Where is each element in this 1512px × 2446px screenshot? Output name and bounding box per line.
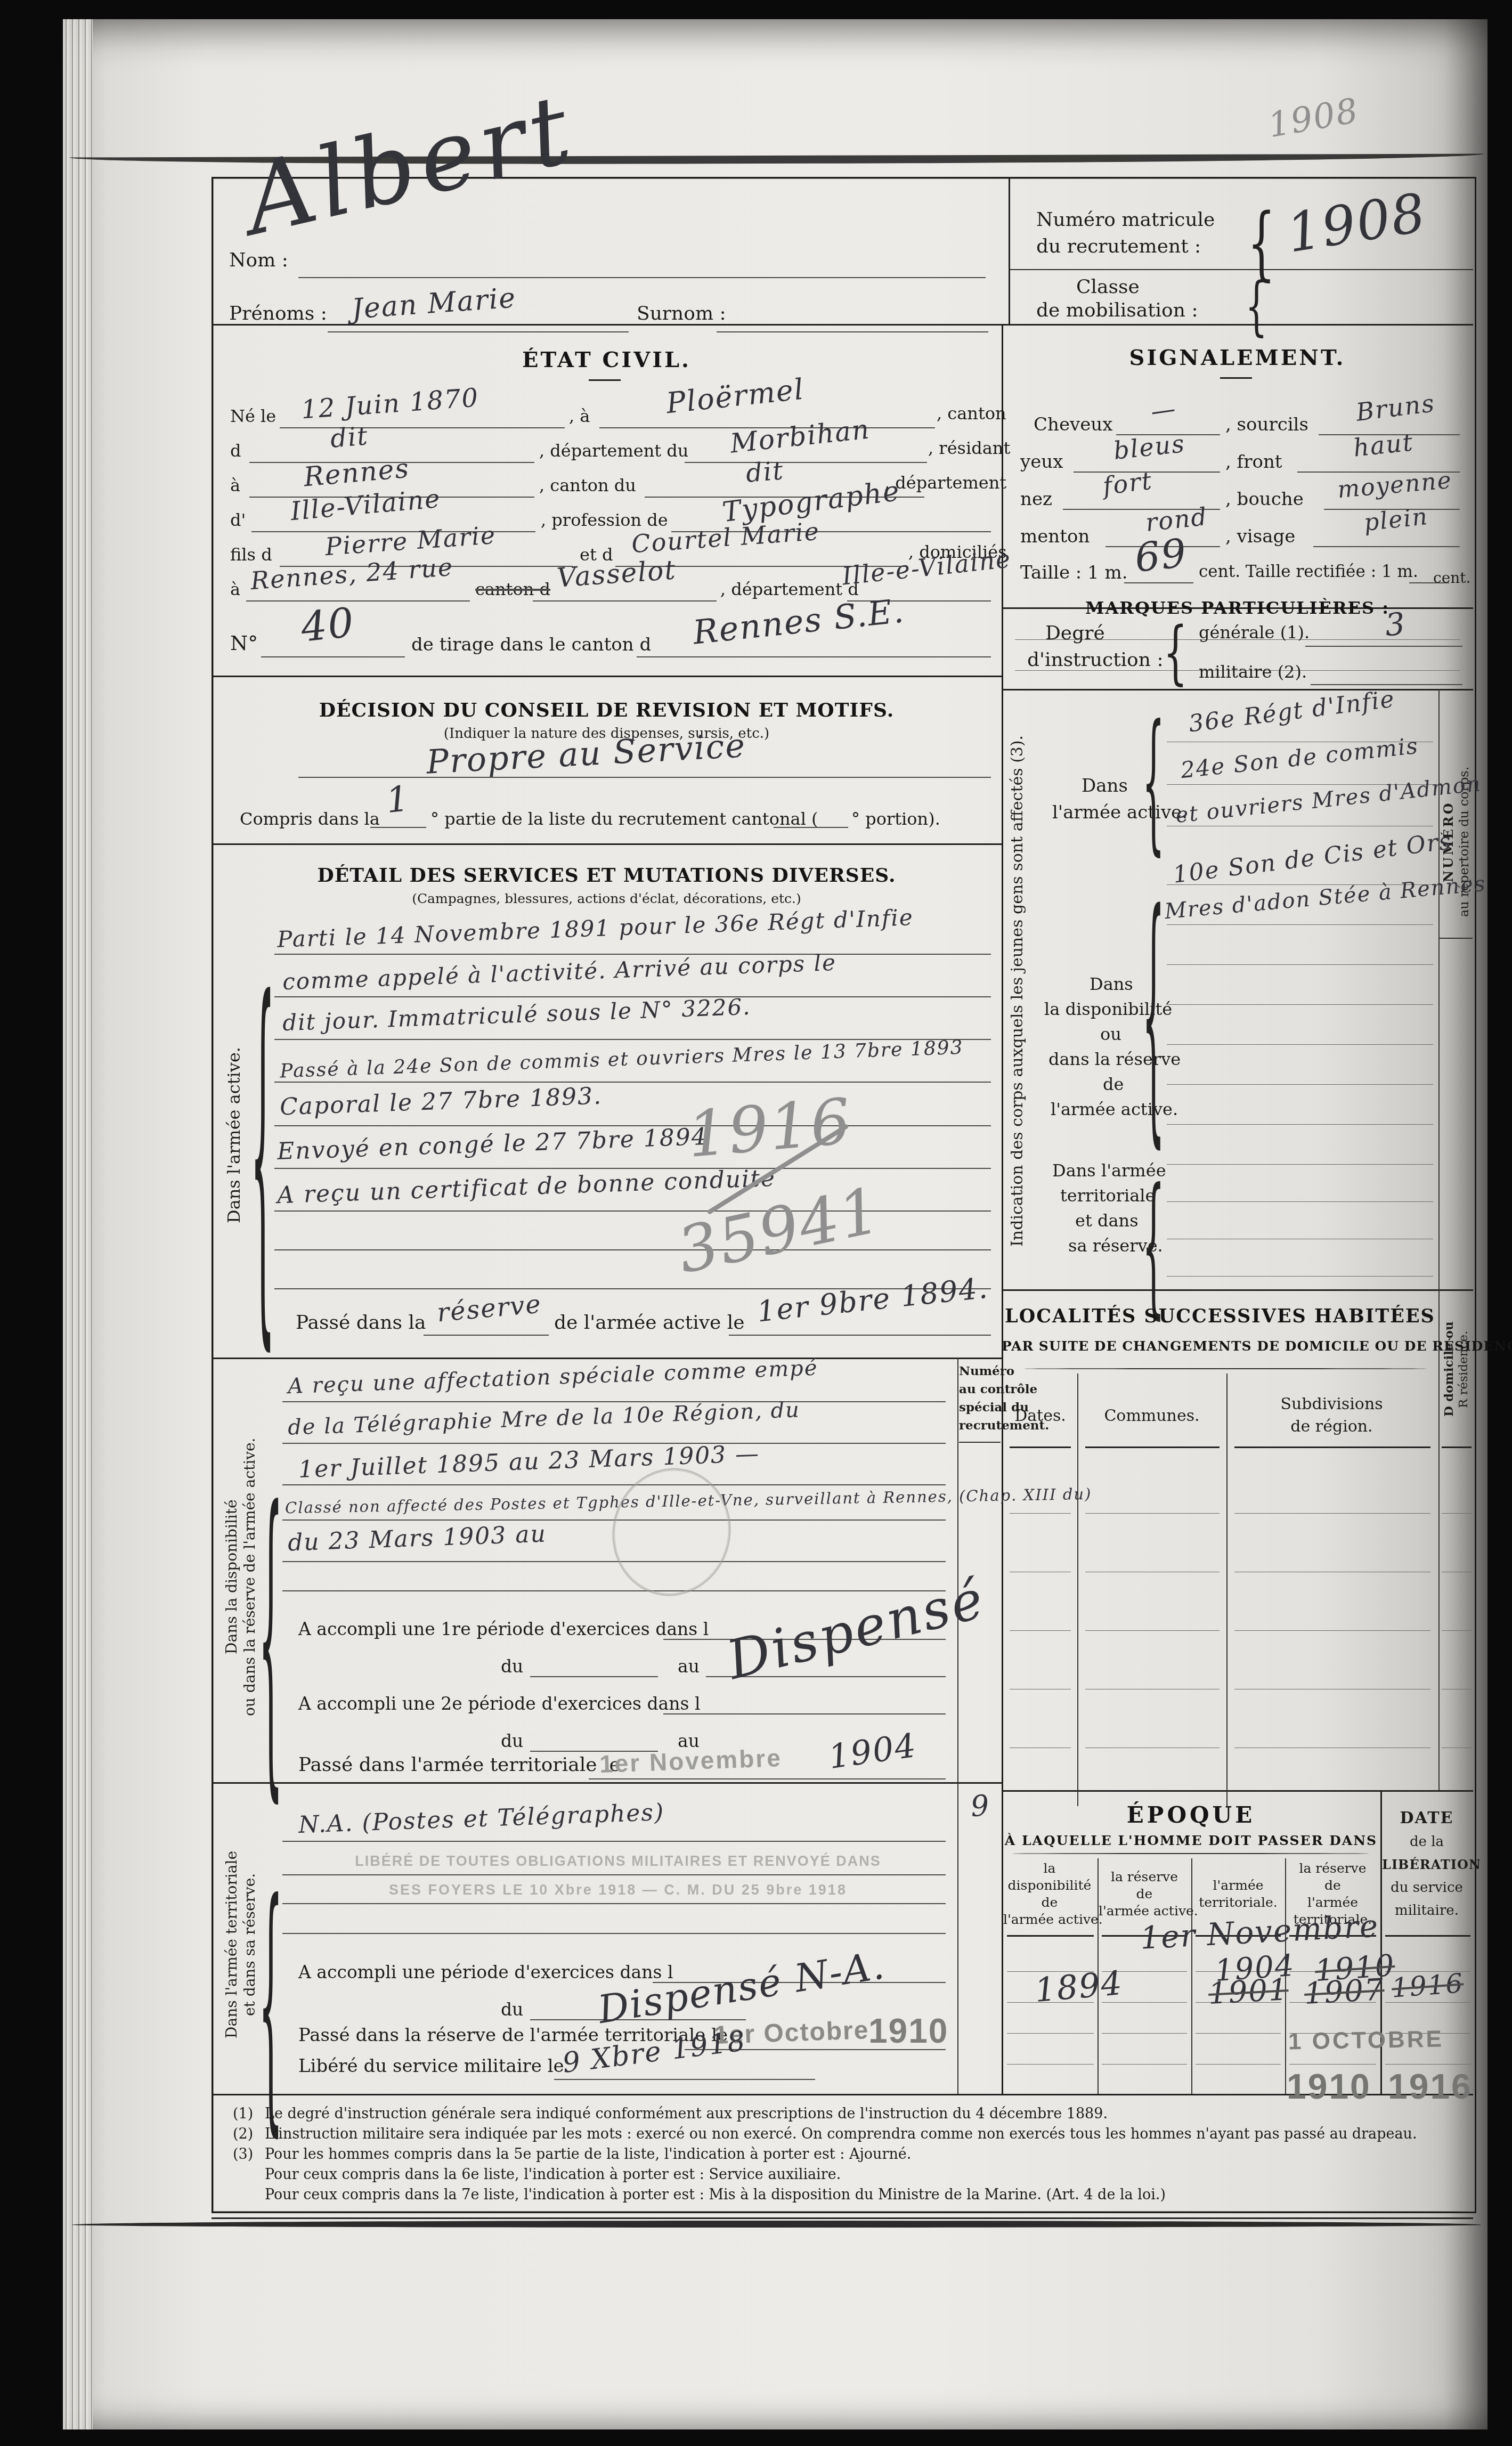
blank-line [282, 1561, 946, 1562]
dispo-label5: de [1103, 1074, 1124, 1094]
front-label: , front [1225, 451, 1282, 473]
epoque-1901-struck: 1901 [1207, 1972, 1289, 2011]
decision-title: DÉCISION DU CONSEIL DE REVISION ET MOTIF… [212, 699, 1002, 721]
blank-line [274, 1249, 991, 1250]
etat-civil-title: ÉTAT CIVIL. [212, 347, 1002, 372]
blank-line [1167, 826, 1433, 826]
epoque-1916-struck: 1916 [1391, 1968, 1465, 2003]
canton-ditto2-value: dit [745, 456, 785, 489]
taille-label: Taille : 1 m. [1020, 562, 1128, 583]
blank-line [282, 1903, 946, 1904]
armee-active-brace: { [1142, 692, 1165, 869]
fils-de-label: fils d [230, 545, 272, 565]
row-line [1085, 1748, 1220, 1748]
row-line [1385, 2064, 1470, 2065]
armee-active-label2: l'armée active. [1052, 802, 1188, 823]
canton-du-label: , canton du [539, 475, 636, 495]
blank-line [1167, 964, 1433, 965]
cheveux-label: Cheveux [1034, 414, 1112, 435]
row-line [1234, 1513, 1430, 1514]
row-line [1010, 1748, 1071, 1748]
localites-side-label2: R résidence. [1457, 1308, 1470, 1431]
footnote-text: Pour ceux compris dans la 6e liste, l'in… [265, 2166, 841, 2183]
header-rule [1085, 1447, 1220, 1448]
epoque-col2: l'armée active. [1099, 1903, 1190, 1919]
epoque-col3: l'armée [1192, 1878, 1284, 1893]
controle-header2: au contrôle [959, 1382, 1008, 1396]
header-rule [1007, 1935, 1094, 1937]
row-line [1234, 1689, 1430, 1689]
dispo-section-brace: { [258, 1445, 283, 1831]
pencil-number-top: 1916 [685, 1084, 855, 1172]
epoque-col1: disponibilité [1003, 1878, 1096, 1893]
col-subdiv-header: Subdivisions [1226, 1395, 1437, 1413]
blank-line [1167, 1124, 1433, 1125]
divider [1440, 938, 1473, 939]
row-line [1085, 1689, 1220, 1689]
epoque-1907-struck: 1907 [1303, 1972, 1385, 2011]
blank-line [274, 1210, 991, 1212]
divider [212, 1358, 1002, 1359]
matricule-label: Numéro matricule [1036, 209, 1215, 231]
row-line [1010, 1513, 1071, 1514]
row-line [1442, 1630, 1472, 1631]
blank-line [1167, 1276, 1433, 1277]
departement2-label: , département [884, 473, 1006, 493]
localites-col-divider [1077, 1374, 1078, 1806]
title-dash [589, 379, 621, 381]
degre-label2: d'instruction : [1027, 649, 1164, 671]
prenoms-label: Prénoms : [229, 303, 327, 324]
corps-side-label: Indication des corps auxquels les jeunes… [1008, 703, 1027, 1279]
row-line [1234, 1572, 1430, 1572]
a-label: à [230, 475, 240, 495]
divider [1002, 689, 1473, 690]
scanned-military-register-page: { "scan": {"corner_year": "1908"}, "head… [0, 0, 1512, 2446]
blank-line [1167, 1164, 1433, 1165]
divider [959, 1442, 1001, 1443]
profession-label: , profession de [541, 510, 668, 530]
taille-rectifiee-label: cent. Taille rectifiée : 1 m. [1199, 562, 1418, 581]
footnote-marker: (1) [233, 2106, 253, 2122]
divider [1009, 269, 1473, 270]
header-rule [1442, 1447, 1472, 1448]
footnote-text: Pour ceux compris dans la 7e liste, l'in… [265, 2187, 1166, 2203]
footnote-marker: (3) [233, 2146, 253, 2163]
header-rule [1234, 1447, 1430, 1448]
divider [1002, 1289, 1473, 1291]
epoque-date-col: LIBÉRATION [1382, 1857, 1472, 1872]
epoque-col1: l'armée active. [1003, 1912, 1096, 1927]
dispo-brace: { [1142, 857, 1165, 1171]
controle-header3: spécial du [959, 1400, 1008, 1415]
epoque-date-col: de la [1382, 1834, 1472, 1850]
row-line [1234, 1748, 1430, 1748]
row-line [1102, 2064, 1187, 2065]
blank-line [246, 600, 470, 602]
departement-label: , département du [539, 441, 688, 461]
visage-label: , visage [1225, 526, 1295, 547]
epoque-date-col: militaire. [1382, 1903, 1472, 1919]
terr-label3: et dans [1075, 1210, 1139, 1231]
periode-terr-label: A accompli une période d'exercices dans … [298, 1962, 673, 1982]
blank-line [280, 427, 565, 428]
footnote-marker: (2) [233, 2126, 253, 2142]
header-rule [1385, 1935, 1470, 1937]
footnote-text: Pour les hommes compris dans la 5e parti… [265, 2146, 911, 2163]
blank-line [282, 1401, 946, 1402]
localites-subtitle: PAR SUITE DE CHANGEMENTS DE DOMICILE OU … [1002, 1338, 1438, 1354]
epoque-title: ÉPOQUE [1002, 1802, 1380, 1828]
passe-reserve-terr-year: 1910 [868, 2011, 948, 2051]
row-line [1102, 2033, 1187, 2034]
blank-line [298, 777, 991, 778]
row-line [1442, 1689, 1472, 1689]
surnom-label: Surnom : [637, 303, 726, 324]
du-label: du [501, 1999, 523, 2020]
epoque-1916-stamp: 1916 [1388, 2066, 1473, 2107]
dispo-label1: Dans [1090, 974, 1133, 994]
epoque-october-stamp: 1 OCTOBRE [1288, 2026, 1444, 2055]
page-curl-shadow-bottom [72, 2221, 1481, 2228]
blank-line [774, 827, 848, 828]
canton-label: , canton [937, 403, 1006, 424]
libere-stamp-line2: SES FOYERS LE 10 Xbre 1918 — C. M. DU 25… [288, 1882, 948, 1898]
blank-line [533, 600, 717, 602]
d-label: d [230, 441, 241, 461]
blank-line [729, 1335, 991, 1336]
services-brace: { [250, 924, 275, 1384]
blank-line [1167, 1084, 1433, 1085]
divider [1009, 177, 1010, 325]
d-apostrophe-label: d' [230, 510, 246, 530]
numero-tirage-label: N° [230, 631, 258, 655]
controle-column-divider [957, 1358, 958, 2094]
dispo-side-label2: ou dans la réserve de l'armée active. [241, 1396, 258, 1758]
divider [212, 676, 1002, 677]
degre-generale-label: générale (1). [1199, 622, 1310, 643]
blank-line [282, 1874, 946, 1875]
footnote-text: L'instruction militaire sera indiquée pa… [265, 2126, 1417, 2142]
controle-header1: Numéro [959, 1364, 1008, 1378]
controle-header4: recrutement. [959, 1418, 1008, 1433]
brace-flourish [1012, 1853, 1369, 1854]
blank-line [589, 1778, 946, 1779]
blank-line [1167, 1239, 1433, 1239]
compris-value: 1 [384, 778, 412, 821]
residant-label: , résidant [928, 438, 1010, 458]
blank-line [663, 1713, 946, 1714]
row-line [1007, 2064, 1094, 2065]
services-subtitle: (Campagnes, blessures, actions d'éclat, … [212, 891, 1002, 906]
title-dash [1220, 377, 1252, 379]
terr-label2: territoriale [1060, 1185, 1156, 1206]
matricule-label2: du recrutement : [1036, 235, 1201, 257]
row-line [1196, 2064, 1281, 2065]
libere-service-label: Libéré du service militaire le [298, 2055, 564, 2077]
canton-d-struck-label: canton d [475, 579, 550, 599]
degre-label: Degré [1045, 622, 1105, 644]
book-page-edges [63, 19, 93, 2429]
bottom-double-rule [212, 2217, 1473, 2219]
a-label: à [230, 579, 240, 599]
epoque-col2: la réserve [1099, 1869, 1190, 1884]
row-line [1010, 1630, 1071, 1631]
nez-value: fort [1101, 466, 1154, 501]
blank-line [274, 1082, 991, 1083]
row-line [1234, 1630, 1430, 1631]
row-line [1010, 1689, 1071, 1689]
dispo-side-label1: Dans la disponibilité [223, 1417, 240, 1737]
degre-brace: { [1164, 612, 1188, 693]
center-divider [1002, 324, 1003, 2095]
blank-line [1167, 1044, 1433, 1045]
epoque-subtitle: À LAQUELLE L'HOMME DOIT PASSER DANS [1002, 1833, 1380, 1848]
passe-reserve-label2: de l'armée active le [554, 1312, 745, 1334]
blank-line [424, 1335, 549, 1336]
terr-side-label2: et dans sa réserve. [241, 1833, 258, 2057]
nez-label: nez [1020, 489, 1052, 510]
blank-line [370, 827, 426, 828]
blank-line [282, 1933, 946, 1934]
classe-label: Classe [1076, 276, 1140, 298]
epoque-col1: de [1003, 1895, 1096, 1910]
blank-line [261, 656, 405, 657]
localites-side-label1: D domicile ou [1442, 1300, 1456, 1439]
canton-ditto-value: dit [329, 421, 370, 454]
blank-line [554, 2079, 815, 2080]
epoque-1910-stamp: 1910 [1287, 2066, 1371, 2107]
cent-label: cent. [1433, 569, 1470, 587]
blank-line [282, 1590, 946, 1591]
footnote-text: Le degré d'instruction générale sera ind… [265, 2106, 1108, 2122]
col-subdiv-header2: de région. [1226, 1417, 1437, 1436]
blank-line [530, 1676, 658, 1677]
divider [212, 843, 1002, 845]
signalement-title: SIGNALEMENT. [1002, 345, 1473, 370]
row-line [1085, 1630, 1220, 1631]
localites-title: LOCALITÉS SUCCESSIVES HABITÉES [1002, 1305, 1438, 1327]
blank-line [1305, 646, 1462, 647]
blank-line [1313, 546, 1460, 547]
passe-reserve-label: Passé dans la [296, 1312, 426, 1334]
classe-label2: de mobilisation : [1036, 299, 1198, 321]
classe-brace: { [1245, 269, 1267, 343]
au-label: au [678, 1656, 700, 1677]
libere-stamp-line1: LIBÉRÉ DE TOUTES OBLIGATIONS MILITAIRES … [288, 1853, 948, 1870]
terr-side-label1: Dans l'armée territoriale [223, 1809, 240, 2081]
row-line [1010, 1572, 1071, 1572]
du-label: du [501, 1730, 523, 1751]
row-line [1442, 1513, 1472, 1514]
cheveux-value: — [1149, 394, 1178, 426]
blank-line [282, 1841, 946, 1842]
epoque-col2: de [1099, 1886, 1190, 1901]
armee-active-label: Dans [1082, 775, 1128, 797]
compris-label3: ° portion). [851, 809, 940, 829]
prenoms-line [328, 331, 629, 332]
departement-d-label: , département d [720, 579, 859, 599]
blank-line [637, 656, 991, 657]
blank-line [685, 462, 927, 463]
epoque-col1: la [1003, 1860, 1096, 1876]
col-communes-header: Communes. [1077, 1407, 1226, 1425]
blank-line [274, 1168, 991, 1169]
row-line [1289, 2064, 1376, 2065]
epoque-date-col: DATE [1382, 1809, 1472, 1827]
epoque-col3: territoriale. [1192, 1895, 1284, 1910]
margin-number: 9 [970, 1789, 991, 1823]
brace-flourish [1023, 1368, 1428, 1369]
tirage-canton-label: de tirage dans le canton d [411, 634, 651, 655]
row-line [1442, 1748, 1472, 1748]
periode2-label: A accompli une 2e période d'exercices da… [298, 1693, 701, 1714]
periode1-label: A accompli une 1re période d'exercices d… [298, 1619, 709, 1639]
nom-line [298, 277, 986, 278]
blank-line [1311, 684, 1462, 685]
yeux-label: yeux [1020, 451, 1063, 473]
degre-generale-value: 3 [1384, 605, 1408, 643]
blank-line [282, 1443, 946, 1444]
row-line [1442, 1572, 1472, 1572]
degre-militaire-label: militaire (2). [1199, 662, 1307, 682]
row-line [1007, 2033, 1094, 2034]
blank-line [282, 1484, 946, 1485]
ne-le-label: Né le [230, 406, 276, 426]
divider [212, 324, 1473, 326]
epoque-date-col: du service [1382, 1880, 1472, 1896]
localites-col-divider [1226, 1374, 1228, 1806]
passe-territoriale-label: Passé dans l'armée territoriale le [298, 1754, 621, 1776]
menton-label: menton [1020, 526, 1090, 547]
epoque-1894: 1894 [1033, 1963, 1125, 2010]
dispo-label3: ou [1100, 1024, 1121, 1044]
blank-line [1167, 1201, 1433, 1202]
compris-label2: ° partie de la liste du recrutement cant… [430, 809, 818, 829]
services-title: DÉTAIL DES SERVICES ET MUTATIONS DIVERSE… [212, 864, 1002, 887]
du-label: du [501, 1656, 523, 1677]
nom-label: Nom : [229, 249, 288, 271]
epoque-col-divider [1191, 1858, 1192, 2094]
services-side-label: Dans l'armée active. [224, 948, 244, 1321]
blank-line [1167, 924, 1433, 925]
row-line [1085, 1513, 1220, 1514]
row-line [1196, 2033, 1281, 2034]
epoque-col4: la réserve [1286, 1860, 1379, 1876]
surnom-line [717, 331, 988, 332]
col-dates-header: Dates. [1004, 1407, 1076, 1425]
epoque-col4: de [1286, 1878, 1379, 1893]
numero-tirage-value: 40 [299, 598, 357, 651]
blank-line [1124, 582, 1193, 583]
row-line [1085, 1572, 1220, 1572]
blank-line [274, 954, 991, 955]
a-label: , à [569, 406, 590, 426]
sourcils-label: , sourcils [1225, 414, 1308, 435]
blank-line [1167, 1004, 1433, 1005]
taille-value: 69 [1133, 530, 1190, 581]
divider [212, 1782, 1002, 1784]
header-rule [1010, 1447, 1071, 1448]
compris-label: Compris dans la [240, 809, 380, 829]
bouche-label: , bouche [1225, 489, 1304, 510]
divider [1002, 1790, 1473, 1792]
divider [212, 2094, 1473, 2095]
